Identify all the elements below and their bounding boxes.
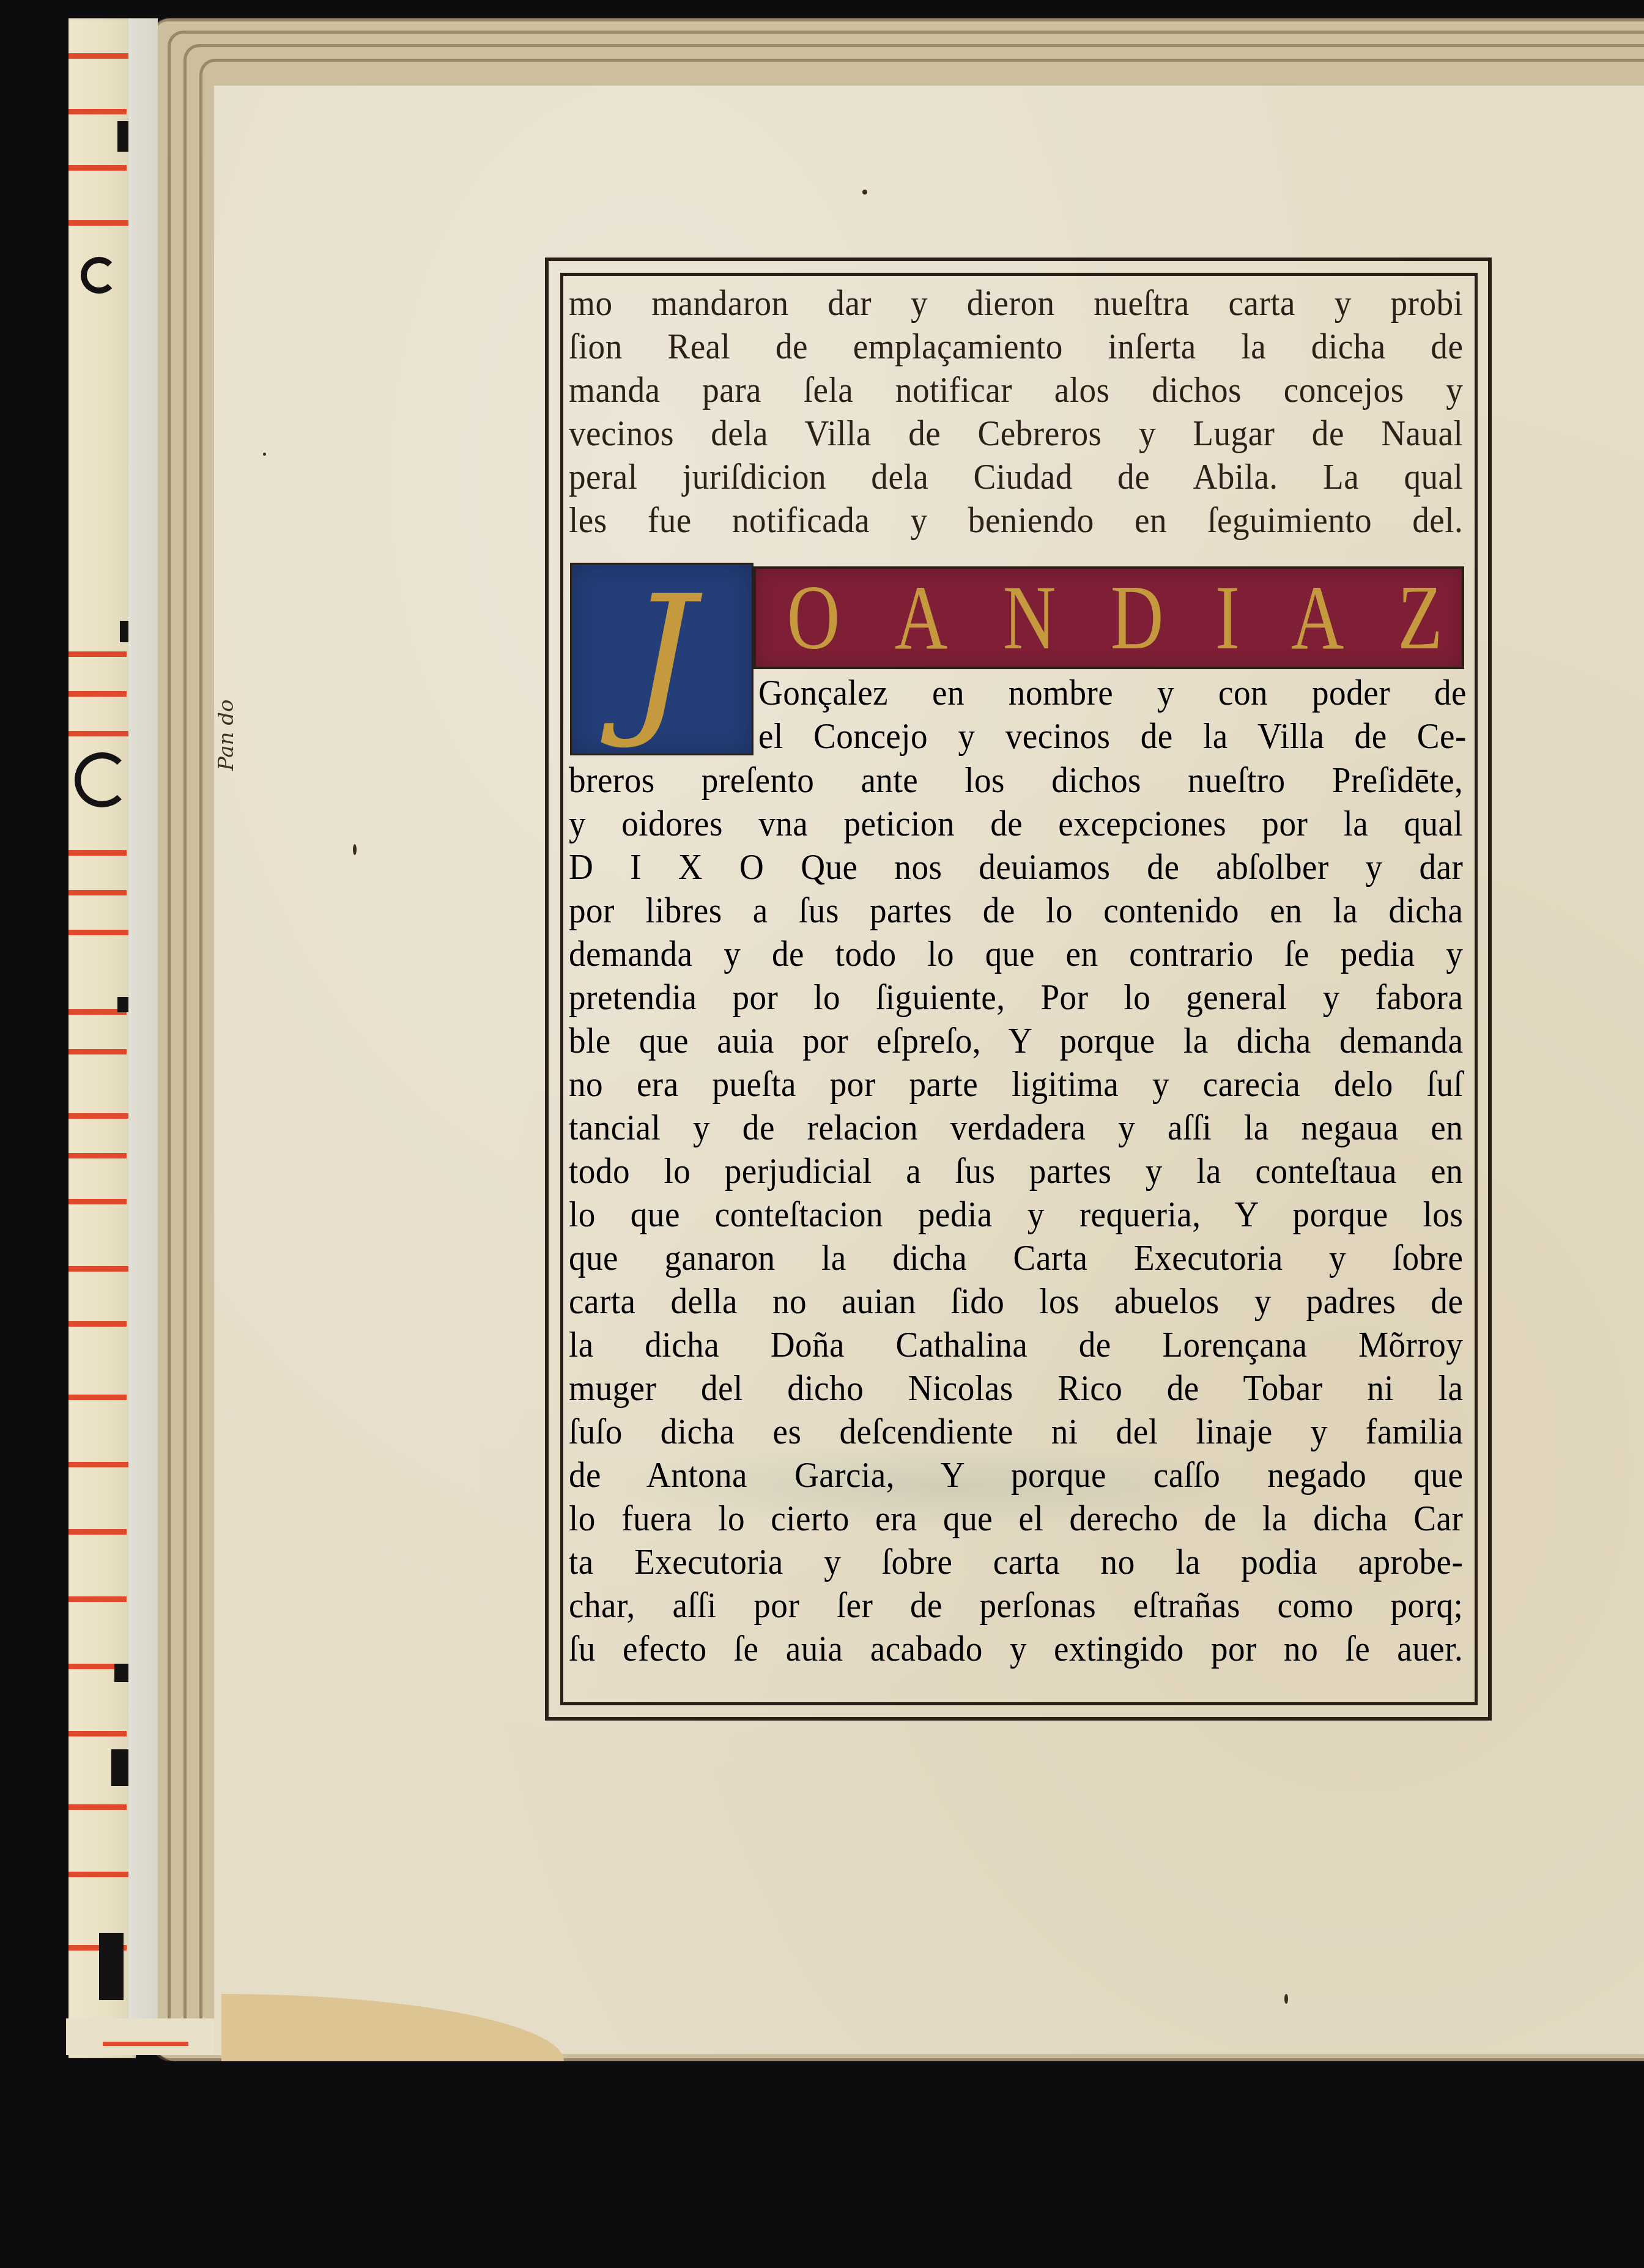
ruler-tick [68,1462,136,1467]
banner-letter: A [895,572,948,664]
text-line: char, aſſi por ſer de perſonas eſtrañas … [569,1584,1463,1627]
ruler-tick [68,731,136,736]
text-line: no era pueſta por parte ligitima y carec… [569,1062,1463,1106]
text-block-beside-initial: Gonçalez en nombre y con poder de el Con… [758,671,1468,758]
name-banner: O A N D I A Z [754,566,1464,669]
text-line: lo que conteſtacion pedia y requeria, Y … [569,1193,1463,1236]
ruler-tick [68,1731,127,1736]
ruler-tick [68,1199,127,1204]
banner-letter: O [787,572,840,664]
ruler-tick [68,890,127,895]
ruler-tick [68,165,127,171]
text-line: tancial y de relacion verdadera y aſſi l… [569,1106,1463,1149]
text-line: peral juriſdicion dela Ciudad de Abila. … [569,455,1463,498]
text-line: que ganaron la dicha Carta Executoria y … [569,1236,1463,1280]
ink-spot [353,844,357,855]
neume-mark [99,1933,124,2000]
ruler-tick [68,1153,127,1158]
guard-strip [128,18,158,2031]
text-line: les fue notificada y beniendo en ſeguimi… [569,498,1463,542]
text-line: demanda y de todo lo que en contrario ſe… [569,932,1463,976]
ink-spot [1284,1994,1288,2004]
ruler-tick [68,691,127,697]
text-block-top: mo mandaron dar y dieron nueſtra carta y… [569,281,1465,542]
illuminated-initial: J [570,563,754,755]
text-line: el Concejo y vecinos de la Villa de Ce- [758,714,1467,758]
text-line: mo mandaron dar y dieron nueſtra carta y… [569,281,1463,325]
text-line: ſuſo dicha es deſcendiente ni del linaje… [569,1410,1463,1453]
ink-spot [263,453,266,456]
ruler-tick [68,1804,127,1810]
ruler-tick [68,1596,127,1602]
binding-strip [68,18,136,2058]
text-line: vecinos dela Villa de Cebreros y Lugar d… [569,412,1463,455]
text-line: ble que auia por eſpreſo, Y porque la di… [569,1019,1463,1062]
ruler-tick [68,220,136,226]
text-block-body: breros preſento ante los dichos nueſtro … [569,758,1465,1670]
text-line: todo lo perjudicial a ſus partes y la co… [569,1149,1463,1193]
text-line: ſion Real de emplaçamiento inſerta la di… [569,325,1463,368]
banner-letter: Z [1398,572,1443,664]
text-line: pretendia por lo ſiguiente, Por lo gener… [569,976,1463,1019]
clef-mark [81,257,117,294]
ruler-tick [68,1321,127,1327]
text-line: y oidores vna peticion de excepciones po… [569,802,1463,845]
text-line: ſu efecto ſe auia acabado y extingido po… [569,1627,1463,1670]
ruler-tick [68,1266,136,1272]
initial-letter: J [629,574,695,739]
banner-letter: D [1111,572,1164,664]
text-line: la dicha Doña Cathalina de Lorençana Mõr… [569,1323,1463,1366]
ruler-tick [68,930,136,935]
ruler-tick [68,53,136,59]
text-line: breros preſento ante los dichos nueſtro … [569,758,1463,802]
text-line: ta Executoria y ſobre carta no la podia … [569,1540,1463,1584]
text-line: lo fuera lo cierto era que el derecho de… [569,1497,1463,1540]
margin-note: Pan do [214,699,239,771]
ruler-tick [68,1872,136,1877]
ruler-tick [68,1395,127,1400]
banner-letter: N [1003,572,1056,664]
ruler-tick [68,1113,136,1119]
clef-mark [75,752,130,807]
ruler-tick [68,1049,127,1054]
text-line: muger del dicho Nicolas Rico de Tobar ni… [569,1366,1463,1410]
text-line: manda para ſela notificar alos dichos co… [569,368,1463,412]
binding-foot [66,2018,225,2055]
ruler-tick [68,109,127,114]
ruler-line [103,2042,188,2046]
ruler-tick [68,651,127,657]
banner-letter: A [1291,572,1344,664]
ink-spot [862,190,867,195]
text-line: D I X O Que nos deuiamos de abſolber y d… [569,845,1463,889]
text-line: carta della no auian ſido los abuelos y … [569,1280,1463,1323]
text-line: de Antona Garcia, Y porque caſſo negado … [569,1453,1463,1497]
banner-letter: I [1215,572,1240,664]
ruler-tick [68,1529,127,1535]
text-line: por libres a ſus partes de lo contenido … [569,889,1463,932]
ruler-tick [68,850,127,856]
text-line: Gonçalez en nombre y con poder de [758,671,1467,714]
